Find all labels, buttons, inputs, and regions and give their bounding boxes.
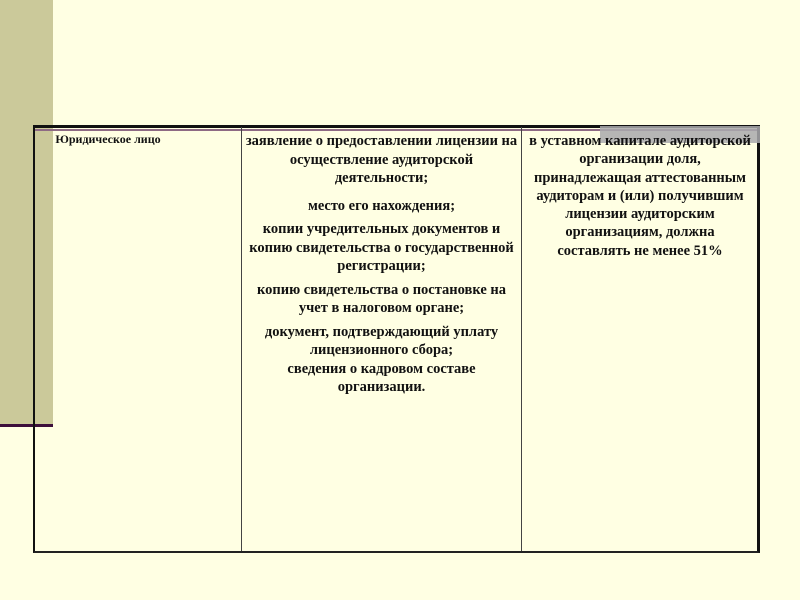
entity-type-label: Юридическое лицо [55,132,160,146]
capital-requirement-text: в уставном капитале аудиторской организа… [522,132,758,260]
document-item: документ, подтверждающий уплату лицензио… [242,323,521,360]
document-item: место его нахождения; [242,197,521,216]
license-requirements-table: Юридическое лицо заявление о предоставле… [33,127,760,553]
required-documents-cell: заявление о предоставлении лицензии на о… [242,127,521,551]
document-item: копии учредительных документов и копию с… [242,220,521,276]
document-item: заявление о предоставлении лицензии на о… [242,132,521,188]
document-item: сведения о кадровом составе организации. [242,360,521,397]
document-item: копию свидетельства о постановке на учет… [242,281,521,318]
capital-requirement-cell: в уставном капитале аудиторской организа… [522,127,758,551]
entity-type-cell: Юридическое лицо [35,127,241,551]
